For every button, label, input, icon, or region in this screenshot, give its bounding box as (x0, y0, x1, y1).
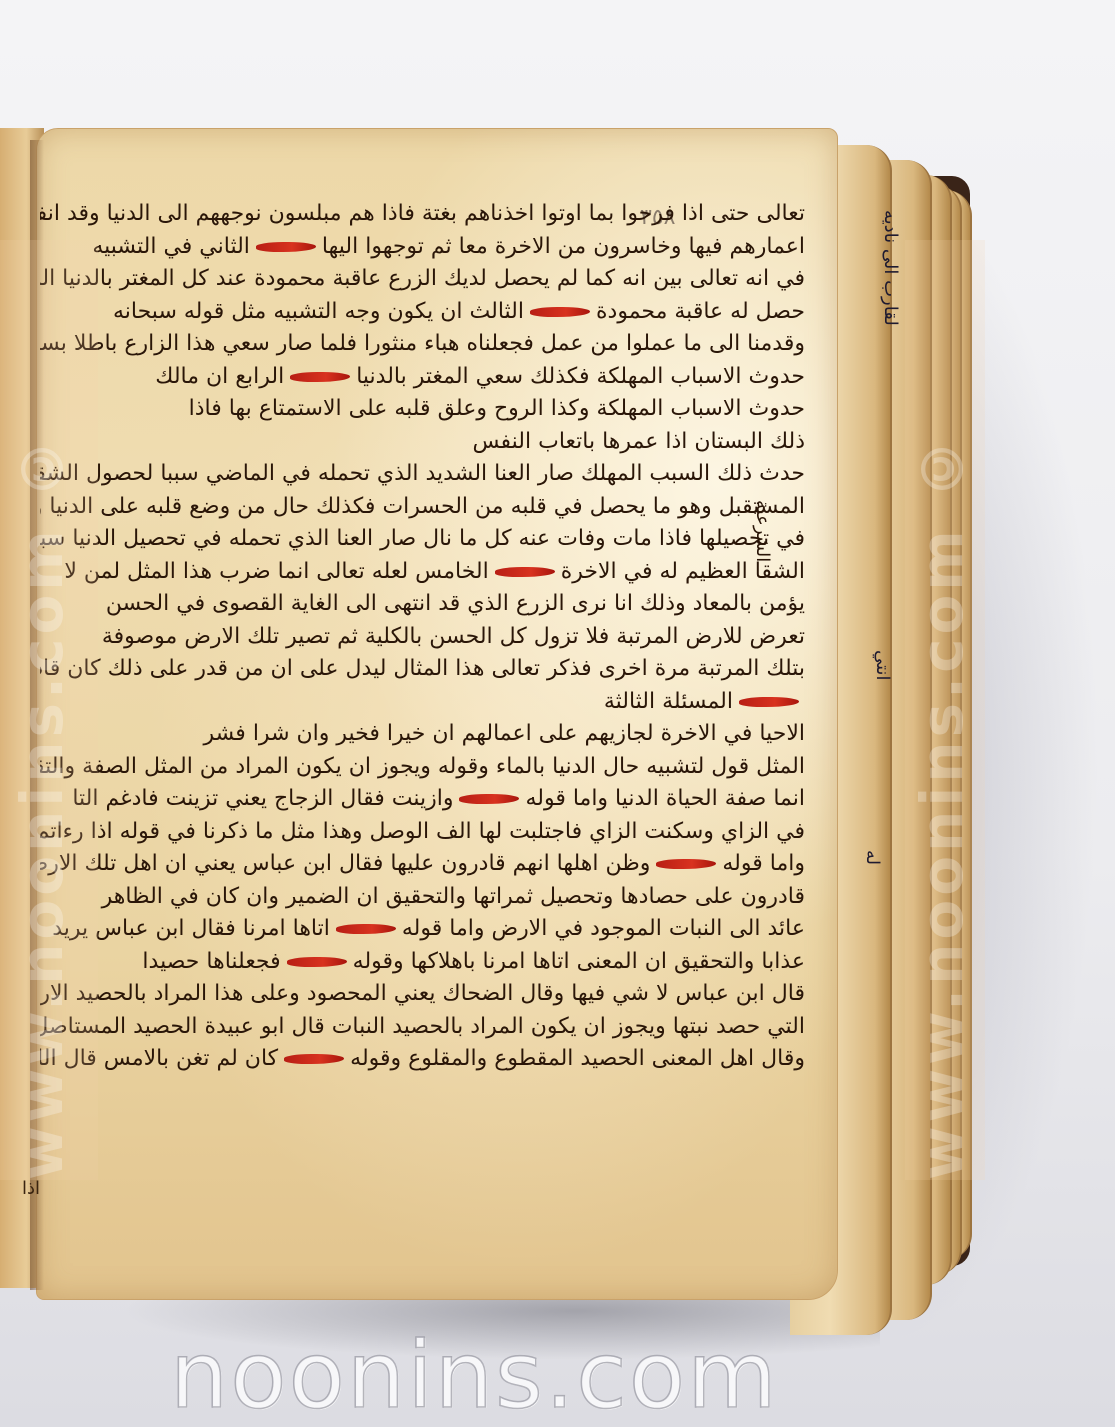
manuscript-line: بتلك المرتبة مرة اخرى فذكر تعالى هذا الم… (40, 653, 805, 686)
line-text: حصل له عاقبة محمودة (596, 299, 805, 324)
manuscript-line: المستقبل وهو ما يحصل في قلبه من الحسرات … (40, 491, 805, 524)
manuscript-text: تعالى حتى اذا فرحوا بما اوتوا اخذناهم بغ… (40, 198, 805, 1076)
manuscript-line: تعرض للارض المرتبة فلا تزول كل الحسن بال… (40, 621, 805, 654)
manuscript-line: في الزاي وسكنت الزاي فاجتلبت لها الف الو… (40, 816, 805, 849)
line-text: بتلك المرتبة مرة اخرى فذكر تعالى هذا الم… (40, 656, 805, 681)
line-text-continued: وازينت فقال الزجاج يعني تزينت فادغم التا (72, 786, 453, 811)
manuscript-line: قادرون على حصادها وتحصيل ثمراتها والتحقي… (40, 881, 805, 914)
manuscript-line: ذلك البستان اذا عمرها باتعاب النفس (40, 426, 805, 459)
line-text-continued: الخامس لعله تعالى انما ضرب هذا المثل لمن… (64, 559, 488, 584)
line-text: في تحصيلها فاذا مات وفات عنه كل ما نال ص… (40, 526, 805, 551)
line-text: وقدمنا الى ما عملوا من عمل فجعلناه هباء … (40, 331, 805, 356)
line-text: في الزاي وسكنت الزاي فاجتلبت لها الف الو… (40, 819, 805, 844)
line-text: عذابا والتحقيق ان المعنى اتاها امرنا باه… (353, 949, 805, 974)
watermark-left: www.noonins.com © (8, 250, 76, 1180)
line-text: في انه تعالى بين انه كما لم يحصل لديك ال… (40, 266, 805, 291)
line-text: حدث ذلك السبب المهلك صار العنا الشديد ال… (40, 461, 805, 486)
manuscript-line: المسئلة الثالثة (40, 686, 805, 719)
line-text: يؤمن بالمعاد وذلك انا نرى الزرع الذي قد … (106, 591, 805, 616)
line-text: انما صفة الحياة الدنيا واما قوله (525, 786, 805, 811)
manuscript-line: التي حصد نبتها ويجوز ان يكون المراد بالح… (40, 1011, 805, 1044)
line-text: المستقبل وهو ما يحصل في قلبه من الحسرات … (40, 494, 805, 519)
manuscript-line: حدوث الاسباب المهلكة فكذلك سعي المغتر با… (40, 361, 805, 394)
line-text: قال ابن عباس لا شي فيها وقال الضحاك يعني… (40, 981, 805, 1006)
manuscript-line: وقدمنا الى ما عملوا من عمل فجعلناه هباء … (40, 328, 805, 361)
manuscript-line: الاحيا في الاخرة لجازيهم على اعمالهم ان … (40, 718, 805, 751)
line-text: حدوث الاسباب المهلكة وكذا الروح وعلق قلب… (189, 396, 805, 421)
line-text-continued: الرابع ان مالك (155, 364, 284, 389)
edge-note-mid: انتي (872, 650, 893, 680)
manuscript-line: حدث ذلك السبب المهلك صار العنا الشديد ال… (40, 458, 805, 491)
manuscript-line: تعالى حتى اذا فرحوا بما اوتوا اخذناهم بغ… (40, 198, 805, 231)
manuscript-line: قال ابن عباس لا شي فيها وقال الضحاك يعني… (40, 978, 805, 1011)
red-rubric-mark (284, 1054, 344, 1064)
manuscript-line: في انه تعالى بين انه كما لم يحصل لديك ال… (40, 263, 805, 296)
red-rubric-mark (530, 307, 590, 317)
watermark-right: www.noonins.com © (908, 250, 976, 1180)
line-text-continued: الثالث ان يكون وجه التشبيه مثل قوله سبحا… (113, 299, 524, 324)
red-rubric-mark (495, 567, 555, 577)
edge-note-top: لقارب الى ناديه (880, 210, 901, 326)
edge-note-low: له (862, 850, 883, 865)
manuscript-line: عائد الى النبات الموجود في الارض واما قو… (40, 913, 805, 946)
manuscript-line: يؤمن بالمعاد وذلك انا نرى الزرع الذي قد … (40, 588, 805, 621)
manuscript-line: وقال اهل المعنى الحصيد المقطوع والمقلوع … (40, 1043, 805, 1076)
line-text: وقال اهل المعنى الحصيد المقطوع والمقلوع … (350, 1046, 805, 1071)
line-text: اعمارهم فيها وخاسرون من الاخرة معا ثم تو… (322, 234, 805, 259)
catchword: اذا (22, 1178, 40, 1199)
line-text: واما قوله (722, 851, 805, 876)
manuscript-line: حدوث الاسباب المهلكة وكذا الروح وعلق قلب… (40, 393, 805, 426)
manuscript-line: حصل له عاقبة محمودةالثالث ان يكون وجه ال… (40, 296, 805, 329)
line-text-continued: المسئلة الثالثة (604, 689, 733, 714)
line-text-continued: فجعلناها حصيدا (142, 949, 280, 974)
line-text-continued: وظن اهلها انهم قادرون عليها فقال ابن عبا… (40, 851, 650, 876)
red-rubric-mark (459, 794, 519, 804)
watermark-bottom: noonins.com (170, 1322, 779, 1427)
line-text: تعالى حتى اذا فرحوا بما اوتوا اخذناهم بغ… (40, 201, 805, 226)
line-text: المثل قول لتشبيه حال الدنيا بالماء وقوله… (40, 754, 805, 779)
line-text: عائد الى النبات الموجود في الارض واما قو… (402, 916, 805, 941)
line-text: حدوث الاسباب المهلكة فكذلك سعي المغتر با… (356, 364, 805, 389)
line-text: قادرون على حصادها وتحصيل ثمراتها والتحقي… (102, 884, 805, 909)
manuscript-line: اعمارهم فيها وخاسرون من الاخرة معا ثم تو… (40, 231, 805, 264)
red-rubric-mark (336, 924, 396, 934)
line-text: التي حصد نبتها ويجوز ان يكون المراد بالح… (40, 1014, 805, 1039)
manuscript-line: المثل قول لتشبيه حال الدنيا بالماء وقوله… (40, 751, 805, 784)
red-rubric-mark (287, 957, 347, 967)
manuscript-line: انما صفة الحياة الدنيا واما قولهوازينت ف… (40, 783, 805, 816)
line-text-continued: الثاني في التشبيه (92, 234, 250, 259)
manuscript-line: في تحصيلها فاذا مات وفات عنه كل ما نال ص… (40, 523, 805, 556)
red-rubric-mark (290, 372, 350, 382)
manuscript-line: عذابا والتحقيق ان المعنى اتاها امرنا باه… (40, 946, 805, 979)
manuscript-line: واما قولهوظن اهلها انهم قادرون عليها فقا… (40, 848, 805, 881)
red-rubric-mark (656, 859, 716, 869)
red-rubric-mark (256, 242, 316, 252)
manuscript-line: الشقا العظيم له في الاخرةالخامس لعله تعا… (40, 556, 805, 589)
line-text: ذلك البستان اذا عمرها باتعاب النفس (472, 429, 805, 454)
red-rubric-mark (739, 697, 799, 707)
line-text: الاحيا في الاخرة لجازيهم على اعمالهم ان … (204, 721, 805, 746)
line-text: تعرض للارض المرتبة فلا تزول كل الحسن بال… (102, 624, 805, 649)
margin-note: الشرعية (752, 500, 773, 562)
